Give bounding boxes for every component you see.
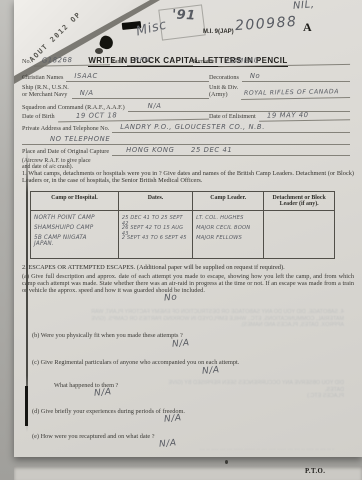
field-no: No. G18268 [22, 56, 111, 66]
surname-value: COMEAU [217, 55, 350, 67]
camp-table: Camp or Hospital. NORTH POINT CAMP SHAMS… [30, 191, 335, 259]
no-value: G18268 [34, 55, 111, 66]
dob-label: Date of Birth [22, 114, 58, 121]
header-dates: Dates. [119, 192, 192, 211]
field-date-of-enlistment: Date of Enlistment 19 MAY 40 [209, 111, 350, 121]
serial-number: 200988 [235, 14, 298, 34]
header-leader: Camp Leader. [193, 192, 263, 211]
table-cell: 5B CAMP NIIGATA JAPAN. [34, 235, 117, 247]
question-2d-text: (d) Give briefly your experiences during… [32, 409, 332, 416]
christian-names-label: Christian Names [22, 75, 66, 82]
field-unit: Unit & Div. (Army) ROYAL RIFLES OF CANAD… [209, 85, 350, 99]
decorations-label: Decorations [209, 75, 242, 82]
ship-value: N/A [72, 89, 209, 99]
field-surname: Surname COMEAU [193, 56, 350, 66]
table-cell: LT. COL. HUGHES [196, 215, 262, 221]
row-number-rank-surname: No. G18268 Rank RFN. Surname COMEAU [22, 56, 350, 66]
field-rank: Rank RFN. [111, 56, 193, 66]
bleedthrough-text: DID YOU OBSERVE ANY OCCURRENCES SEEN REP… [164, 380, 344, 400]
capture-value: HONG KONG 25 DEC 41 [112, 146, 350, 156]
header-detachment: Detachment or Block Leader (if any). [264, 192, 334, 211]
page-edge-mark [25, 386, 28, 426]
page-bottom-edge: P.T.O. [14, 466, 362, 480]
rank-value: RFN. [127, 56, 193, 66]
question-1-text: 1. What camps, detachments or hospitals … [22, 170, 354, 184]
table-cell: NORTH POINT CAMP [34, 215, 117, 221]
bleedthrough-text: 4. SABOTAGE. DID YOU DO ANY SABOTAGE OR … [42, 309, 344, 329]
table-cell: MAJOR CECIL BOON [196, 225, 262, 231]
field-capture: Place and Date of Original Capture HONG … [22, 146, 350, 156]
field-ship: Ship (R.N., U.S.N. or Merchant Navy N/A [22, 85, 209, 99]
christian-names-value: ISAAC [66, 72, 209, 82]
answer-2d: N/A [164, 413, 183, 425]
address-line2-value: NO TELEPHONE [22, 135, 350, 145]
nil-annotation: NIL, [293, 0, 315, 12]
table-cell: SHAMSHUIPO CAMP [34, 225, 117, 231]
column-camp: Camp or Hospital. NORTH POINT CAMP SHAMS… [31, 192, 119, 258]
question-2e-text: (e) How were you recaptured and on what … [32, 434, 332, 441]
field-address: Private Address and Telephone No. LANDRY… [22, 123, 350, 133]
table-cell: 2 SEPT 43 TO 6 SEPT 45 [122, 235, 191, 241]
field-decorations: Decorations No [209, 72, 350, 82]
dob-value: 19 OCT 18 [58, 110, 209, 123]
box-number: '91 [172, 7, 197, 23]
address-value: LANDRY P.O., GLOUCESTER CO., N.B. [112, 123, 350, 133]
column-dates: Dates. 25 DEC 41 TO 25 SEPT 42 26 SEPT 4… [119, 192, 193, 258]
pto-label: P.T.O. [305, 468, 325, 475]
row-address-line2: NO TELEPHONE [22, 135, 350, 145]
unit-label: Unit & Div. (Army) [209, 85, 241, 99]
unit-value: ROYAL RIFLES OF CANADA [241, 88, 350, 100]
answer-2c: N/A [202, 365, 221, 377]
answer-2c2: N/A [94, 387, 113, 399]
enlistment-value: 19 MAY 40 [259, 110, 350, 122]
address-label: Private Address and Telephone No. [22, 126, 112, 133]
table-cell: MAJOR FELLOWS [196, 235, 262, 241]
field-address-line2: NO TELEPHONE [22, 135, 350, 145]
field-christian-names: Christian Names ISAAC [22, 72, 209, 82]
decorations-value: No [242, 72, 350, 82]
row-names-decorations: Christian Names ISAAC Decorations No [22, 72, 350, 82]
no-label: No. [22, 59, 34, 66]
answer-2a: No [164, 292, 178, 303]
header-camp: Camp or Hospital. [31, 192, 118, 211]
column-detachment: Detachment or Block Leader (if any). [264, 192, 334, 258]
column-leader: Camp Leader. LT. COL. HUGHES MAJOR CECIL… [193, 192, 264, 258]
ship-label: Ship (R.N., U.S.N. or Merchant Navy [22, 85, 72, 99]
row-capture: Place and Date of Original Capture HONG … [22, 146, 350, 156]
enlistment-label: Date of Enlistment [209, 114, 259, 121]
scanned-form-photo: AOUT 2012 OP · · · · · · · · NIL, '91 Mi… [0, 0, 362, 480]
row-dates: Date of Birth 19 OCT 18 Date of Enlistme… [22, 111, 350, 121]
form-page: AOUT 2012 OP · · · · · · · · NIL, '91 Mi… [14, 0, 362, 457]
row-ship-unit: Ship (R.N., U.S.N. or Merchant Navy N/A … [22, 85, 350, 99]
surname-label: Surname [193, 59, 218, 66]
row-address: Private Address and Telephone No. LANDRY… [22, 123, 350, 133]
bleedthrough-text: · ·· ··· ·· ···· ·· ··· ··· ····· ···· ·… [109, 447, 334, 454]
section-2-title: 2. ESCAPES OR ATTEMPTED ESCAPES. (Additi… [22, 264, 354, 271]
form-letter: A [303, 20, 312, 35]
question-2a-text: (a) Give full description and approx. da… [22, 274, 354, 295]
answer-2b: N/A [172, 338, 191, 350]
question-2c-text: (c) Give Regimental particulars of anyon… [32, 360, 342, 367]
rank-label: Rank [111, 59, 127, 66]
capture-label: Place and Date of Original Capture [22, 149, 112, 156]
field-date-of-birth: Date of Birth 19 OCT 18 [22, 111, 209, 121]
capture-note: (Aircrew R.A.F. to give place and date o… [22, 158, 91, 171]
dust-speck [225, 460, 228, 464]
form-reference: M.I. 9(JAP) [203, 29, 234, 35]
